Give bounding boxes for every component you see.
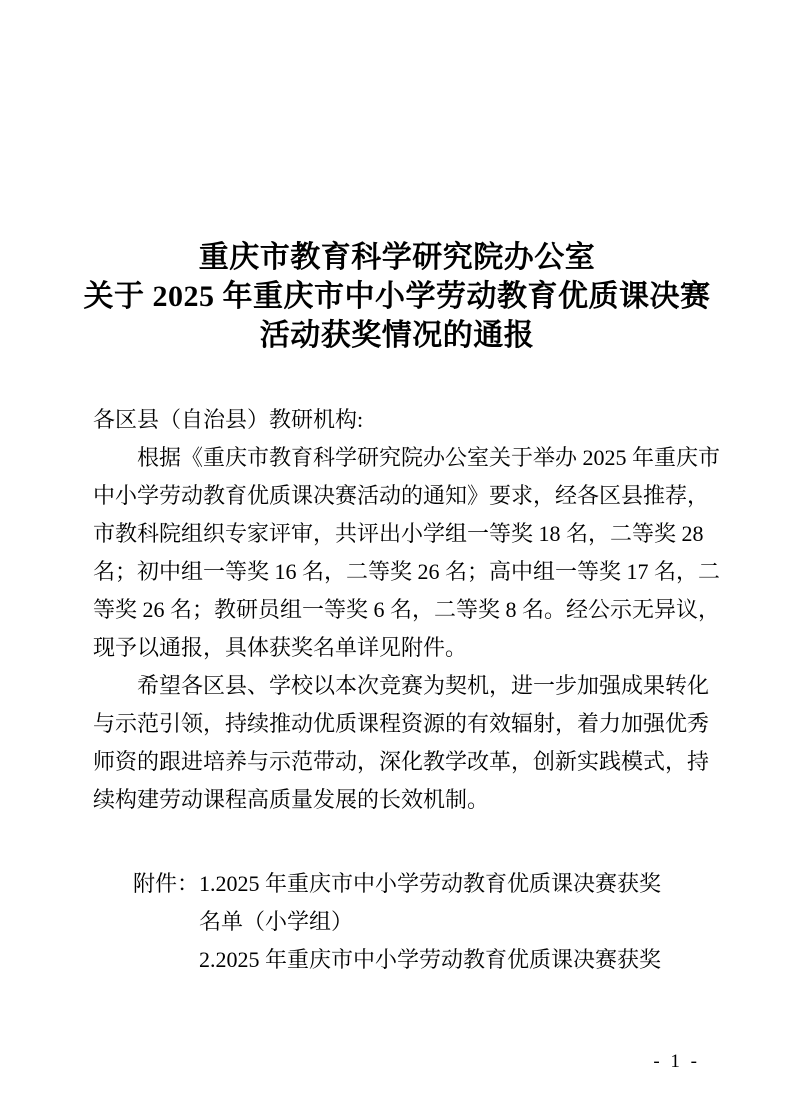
paragraph2-line: 师资的跟进培养与示范带动，深化教学改革，创新实践模式，持 (93, 743, 707, 781)
salutation: 各区县（自治县）教研机构: (93, 401, 707, 439)
paragraph1-line: 根据《重庆市教育科学研究院办公室关于举办 2025 年重庆市 (93, 439, 707, 477)
attachment-item-line: 2.2025 年重庆市中小学劳动教育优质课决赛获奖 (199, 941, 661, 979)
paragraph2-line: 希望各区县、学校以本次竞赛为契机，进一步加强成果转化 (93, 667, 707, 705)
title-line-2: 关于 2025 年重庆市中小学劳动教育优质课决赛 (77, 277, 717, 316)
paragraph2-line: 续构建劳动课程高质量发展的长效机制。 (93, 781, 707, 819)
title-line-1: 重庆市教育科学研究院办公室 (77, 238, 717, 277)
title-line-3: 活动获奖情况的通报 (77, 316, 717, 355)
attachment-item-line: 名单（小学组） (199, 903, 661, 941)
attachment-label: 附件： (133, 865, 199, 903)
paragraph1-line: 中小学劳动教育优质课决赛活动的通知》要求，经各区县推荐， (93, 477, 707, 515)
document-title: 重庆市教育科学研究院办公室 关于 2025 年重庆市中小学劳动教育优质课决赛 活… (77, 238, 717, 355)
attachment-item-line: 1.2025 年重庆市中小学劳动教育优质课决赛获奖 (199, 865, 661, 903)
paragraph1-line: 现予以通报，具体获奖名单详见附件。 (93, 629, 707, 667)
attachment-section: 附件： 1.2025 年重庆市中小学劳动教育优质课决赛获奖 名单（小学组） 2.… (133, 865, 661, 979)
paragraph1-line: 市教科院组织专家评审，共评出小学组一等奖 18 名，二等奖 28 (93, 515, 707, 553)
attachment-items: 1.2025 年重庆市中小学劳动教育优质课决赛获奖 名单（小学组） 2.2025… (199, 865, 661, 979)
paragraph1-line: 等奖 26 名；教研员组一等奖 6 名，二等奖 8 名。经公示无异议， (93, 591, 707, 629)
document-body: 各区县（自治县）教研机构: 根据《重庆市教育科学研究院办公室关于举办 2025 … (93, 401, 707, 819)
page-number: - 1 - (653, 1051, 700, 1073)
paragraph1-line: 名；初中组一等奖 16 名，二等奖 26 名；高中组一等奖 17 名，二 (93, 553, 707, 591)
document-page: 重庆市教育科学研究院办公室 关于 2025 年重庆市中小学劳动教育优质课决赛 活… (0, 0, 794, 1108)
paragraph2-line: 与示范引领，持续推动优质课程资源的有效辐射，着力加强优秀 (93, 705, 707, 743)
